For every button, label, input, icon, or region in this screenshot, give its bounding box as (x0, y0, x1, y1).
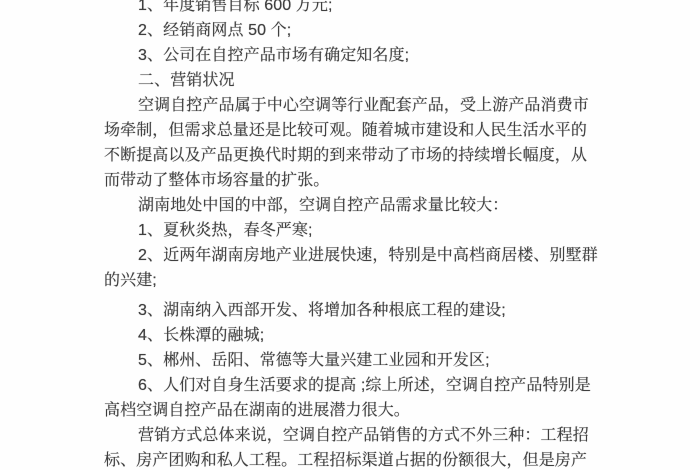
doc-line-goal-awareness: 3、公司在自控产品市场有确定知名度; (104, 43, 614, 68)
doc-line-item1-climate: 1、夏秋炎热，春冬严寒; (104, 218, 614, 243)
doc-line-item3-west: 3、湖南纳入西部开发、将增加各种根底工程的建设; (104, 298, 614, 323)
doc-line-para1-3: 不断提高以及产品更换代时期的到来带动了市场的持续增长幅度，从 (104, 143, 614, 168)
doc-line-para1-2: 场牵制，但需求总量还是比较可观。随着城市建设和人民生活水平的 (104, 118, 614, 143)
doc-line-para1-1: 空调自控产品属于中心空调等行业配套产品，受上游产品消费市 (104, 93, 614, 118)
doc-line-item2-realestate: 2、近两年湖南房地产业进展快速，特别是中高档商居楼、别墅群 (104, 243, 614, 268)
doc-line-item2-cont: 的兴建; (104, 268, 614, 293)
doc-line-hunan-intro: 湖南地处中国的中部，空调自控产品需求量比较大： (104, 193, 614, 218)
doc-line-item5-parks: 5、郴州、岳阳、常德等大量兴建工业园和开发区; (104, 348, 614, 373)
doc-line-para2-2: 标、房产团购和私人工程。工程招标渠道占据的份额很大，但是房产 (104, 448, 614, 470)
document-page: 1、年度销售目标 600 万元; 2、经销商网点 50 个; 3、公司在自控产品… (0, 0, 700, 470)
doc-line-item6-cont: 高档空调自控产品在湖南的进展潜力很大。 (104, 398, 614, 423)
doc-line-item6-living: 6、人们对自身生活要求的提高 ;综上所述，空调自控产品特别是 (104, 373, 614, 398)
doc-line-para2-1: 营销方式总体来说，空调自控产品销售的方式不外三种：工程招 (104, 423, 614, 448)
doc-line-goal-dealers: 2、经销商网点 50 个; (104, 18, 614, 43)
document-text-block: 1、年度销售目标 600 万元; 2、经销商网点 50 个; 3、公司在自控产品… (104, 0, 614, 470)
doc-line-para1-4: 而带动了整体市场容量的扩张。 (104, 168, 614, 193)
section-heading: 二、营销状况 (104, 68, 614, 93)
doc-line-item4-city: 4、长株潭的融城; (104, 323, 614, 348)
doc-line-goal-sales: 1、年度销售目标 600 万元; (104, 0, 614, 18)
